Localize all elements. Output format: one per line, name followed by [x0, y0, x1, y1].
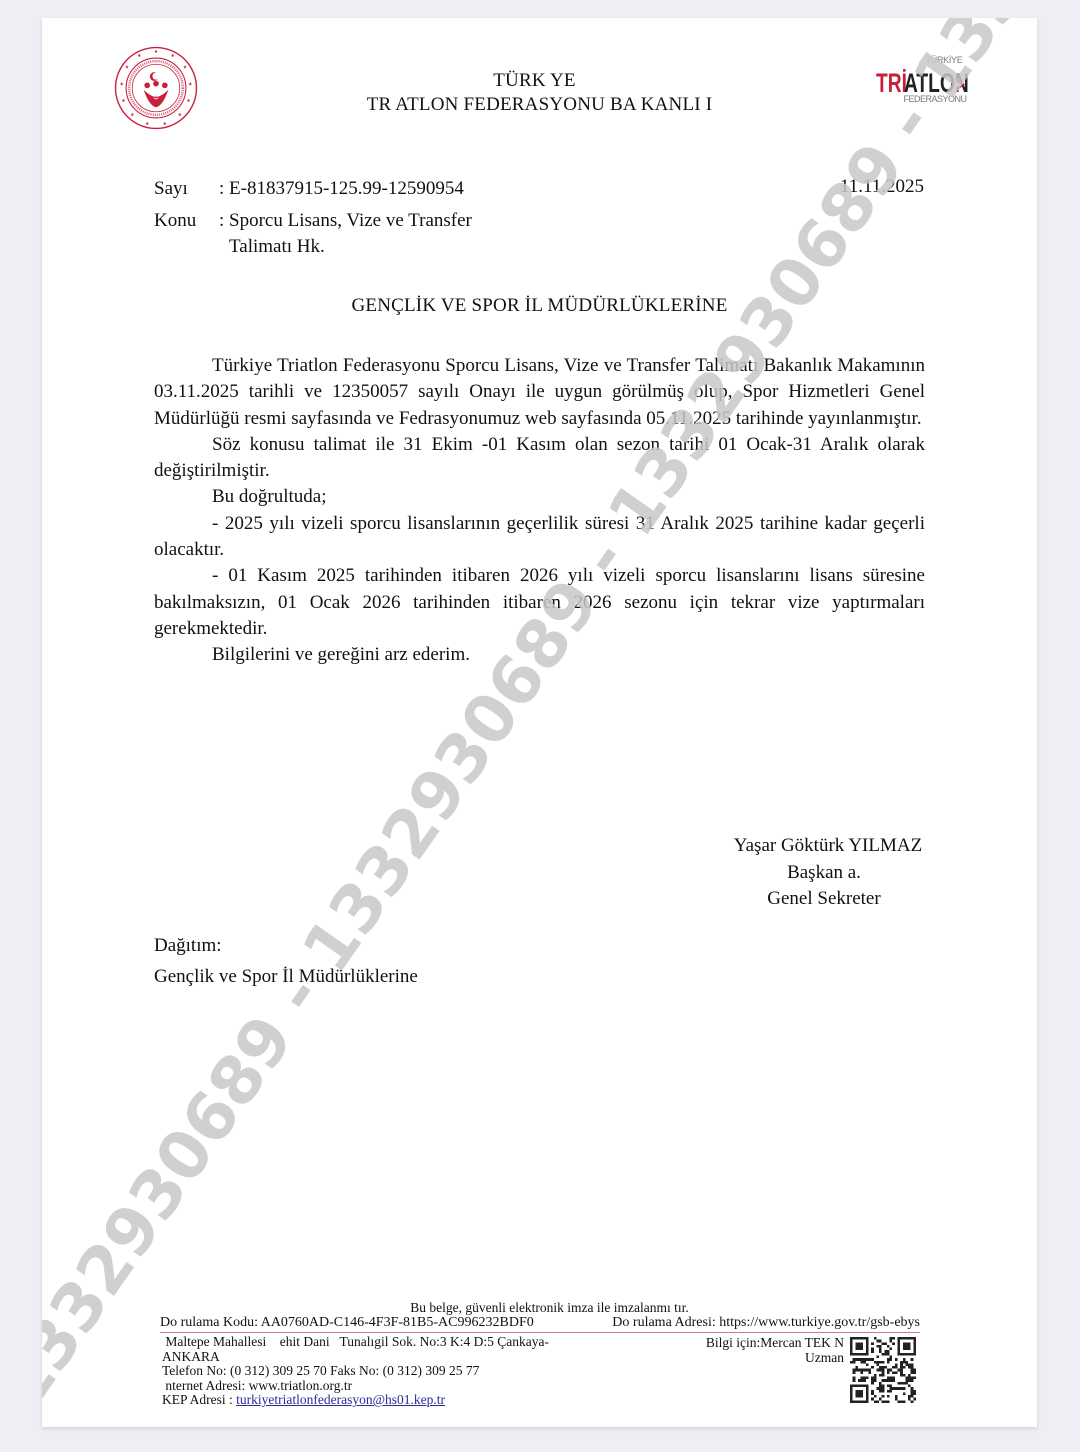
- e-signature-notice: Bu belge, güvenli elektronik imza ile im…: [42, 1300, 1037, 1316]
- konu-value-cont: Talimatı Hk.: [229, 234, 325, 260]
- kep-email-link[interactable]: turkiyetriatlonfederasyon@hs01.kep.tr: [236, 1392, 445, 1407]
- phone-fax: Telefon No: (0 312) 309 25 70 Faks No: (…: [162, 1364, 642, 1379]
- body-paragraph: - 01 Kasım 2025 tarihinden itibaren 2026…: [154, 563, 925, 642]
- signatory-name: Yaşar Göktürk YILMAZ: [716, 833, 940, 860]
- body-paragraph: Türkiye Triatlon Federasyonu Sporcu Lisa…: [154, 353, 925, 432]
- svg-text:★: ★: [163, 121, 168, 127]
- document-page: ★ ★ ★ ★ ★ ★ ★ ★ ★ ★ ★ ★ ★: [42, 18, 1037, 1427]
- qr-code-icon: [850, 1337, 916, 1403]
- body-paragraph: Bilgilerini ve gereğini arz ederim.: [154, 642, 925, 668]
- verification-code: Do rulama Kodu: AA0760AD-C146-4F3F-81B5-…: [160, 1315, 534, 1331]
- letter-body: Türkiye Triatlon Federasyonu Sporcu Lisa…: [154, 353, 925, 669]
- body-paragraph: Söz konusu talimat ile 31 Ekim -01 Kasım…: [154, 432, 925, 485]
- body-paragraph: - 2025 yılı vizeli sporcu lisanslarının …: [154, 511, 925, 564]
- triatlon-federation-logo: TÜRKİYE TRİ ATLON FEDERASYONU: [872, 50, 972, 130]
- address-city: ANKARA: [162, 1350, 642, 1365]
- document-date: 11.11.2025: [840, 176, 924, 198]
- contact-info: Bilgi için:Mercan TEK N Uzman: [652, 1335, 844, 1365]
- svg-text:TRİ: TRİ: [876, 68, 907, 98]
- sayi-value: : E-81837915-125.99-12590954: [219, 176, 464, 202]
- distribution-recipient: Gençlik ve Spor İl Müdürlüklerine: [154, 961, 418, 992]
- addressee-heading: GENÇLİK VE SPOR İL MÜDÜRLÜKLERİNE: [42, 295, 1037, 317]
- contact-person: Bilgi için:Mercan TEK N: [652, 1335, 844, 1350]
- verification-address[interactable]: Do rulama Adresi: https://www.turkiye.go…: [612, 1315, 920, 1331]
- footer-address: Maltepe Mahallesi ehit Dani Tunalıgil So…: [162, 1335, 642, 1408]
- contact-title: Uzman: [652, 1350, 844, 1365]
- kep-label: KEP Adresi :: [162, 1392, 236, 1407]
- internet-address: nternet Adresi: www.triatlon.org.tr: [162, 1379, 642, 1394]
- svg-text:★: ★: [171, 53, 176, 59]
- svg-text:TÜRKİYE: TÜRKİYE: [926, 55, 963, 65]
- svg-text:★: ★: [154, 49, 159, 55]
- konu-label: Konu: [154, 208, 196, 234]
- body-paragraph: Bu doğrultuda;: [154, 484, 925, 510]
- svg-text:★: ★: [145, 121, 150, 127]
- konu-value: : Sporcu Lisans, Vize ve Transfer: [219, 208, 472, 234]
- sayi-label: Sayı: [154, 176, 188, 202]
- signature-block: Yaşar Göktürk YILMAZ Başkan a. Genel Sek…: [712, 833, 936, 913]
- verification-line: Do rulama Kodu: AA0760AD-C146-4F3F-81B5-…: [160, 1315, 920, 1333]
- signatory-position: Genel Sekreter: [712, 886, 936, 913]
- svg-text:FEDERASYONU: FEDERASYONU: [903, 94, 966, 104]
- distribution-label: Dağıtım:: [154, 930, 418, 961]
- address-line: Maltepe Mahallesi ehit Dani Tunalıgil So…: [162, 1335, 642, 1350]
- signatory-title: Başkan a.: [712, 860, 936, 887]
- svg-text:★: ★: [137, 53, 142, 59]
- distribution-block: Dağıtım: Gençlik ve Spor İl Müdürlükleri…: [154, 930, 418, 992]
